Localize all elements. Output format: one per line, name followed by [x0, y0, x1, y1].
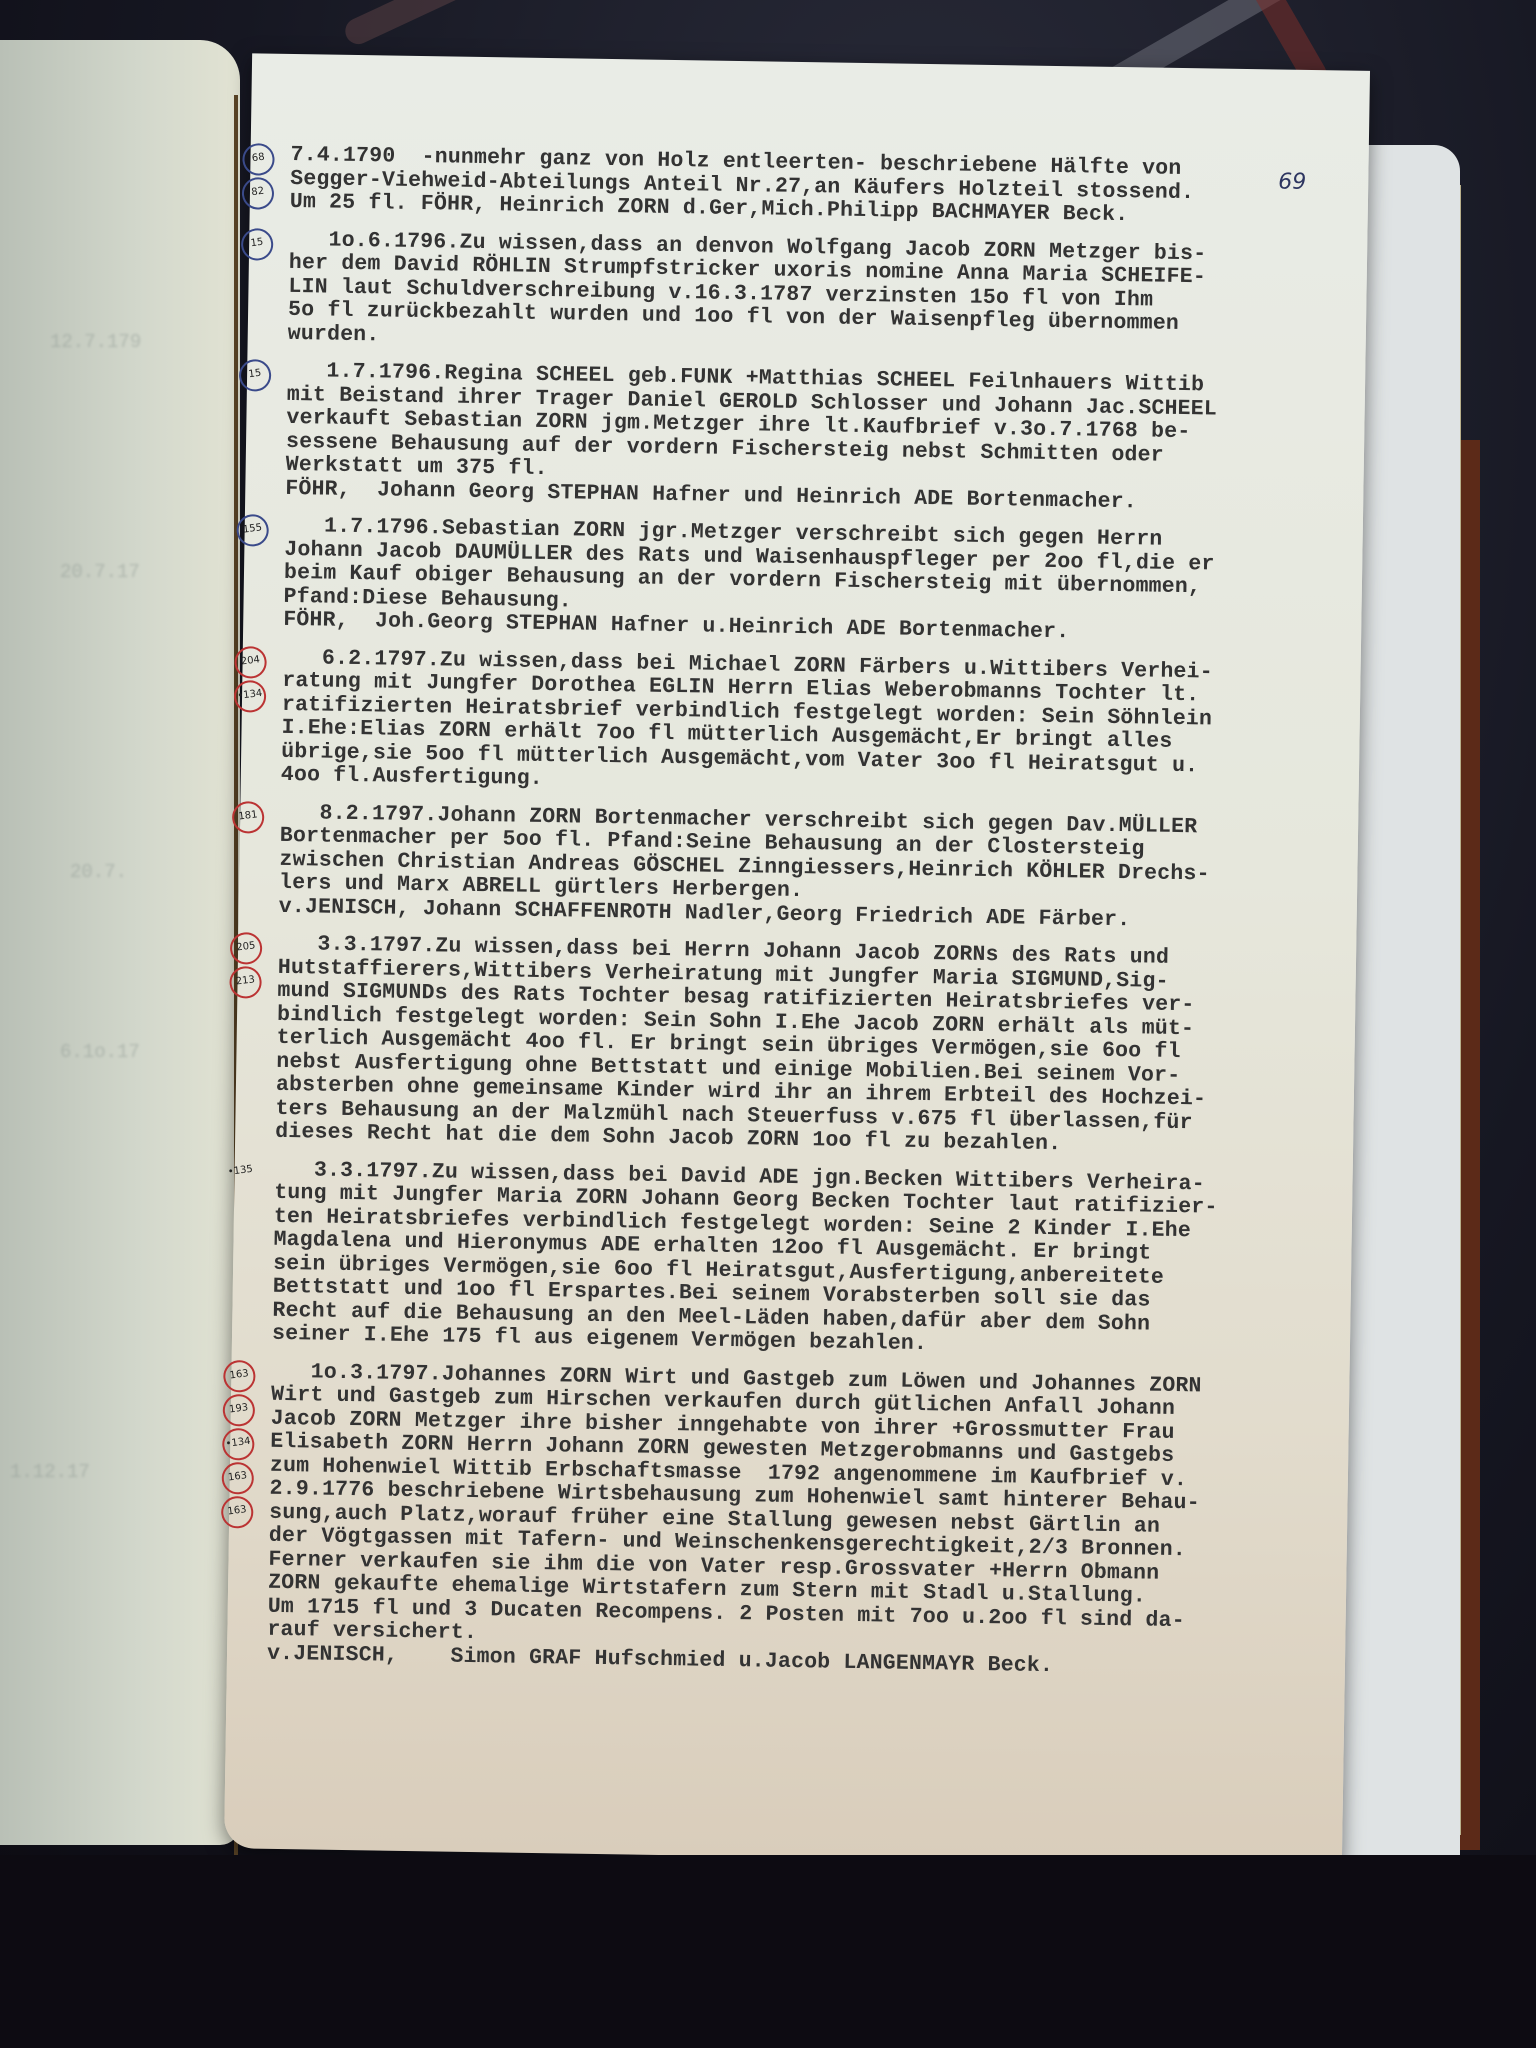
record-entry: 68827.4.1790 -nunmehr ganz von Holz entl…: [290, 144, 1351, 231]
record-entry: 204•134 6.2.1797.Zu wissen,dass bei Mich…: [281, 646, 1343, 804]
margin-annotations: 204•134: [234, 646, 279, 715]
circled-reference-number: •134: [220, 1426, 256, 1462]
record-entry: •135 3.3.1797.Zu wissen,dass bei David A…: [272, 1158, 1335, 1363]
left-page-fragment: 6.1o.17: [60, 1040, 240, 1064]
circled-reference-number: •135: [225, 1156, 256, 1187]
circled-reference-number: 213: [228, 964, 264, 1000]
circled-reference-number: 163: [220, 1460, 256, 1496]
table-surface: [0, 1855, 1536, 2048]
record-entry: 205213 3.3.1797.Zu wissen,dass bei Herrn…: [275, 933, 1338, 1161]
left-page: 20.7.17 12.7.179 6.1o.17 1.12.17 20.7.: [0, 40, 240, 1845]
circled-reference-number: 68: [241, 142, 277, 178]
carpet-pattern: [341, 0, 479, 48]
document-page: 69 68827.4.1790 -nunmehr ganz von Holz e…: [224, 53, 1370, 1865]
margin-annotations: 15: [239, 359, 284, 394]
circled-reference-number: 181: [230, 799, 266, 835]
record-entry: 181 8.2.1797.Johann ZORN Bortenmacher ve…: [279, 801, 1341, 935]
circled-reference-number: 163: [219, 1494, 255, 1530]
margin-annotations: 15: [241, 228, 286, 263]
left-page-fragment: 1.12.17: [10, 1460, 210, 1484]
margin-annotations: 163193•134163163: [221, 1360, 268, 1531]
circled-reference-number: 15: [239, 226, 275, 262]
record-entry: 155 1.7.1796.Sebastian ZORN jgr.Metzger …: [283, 515, 1345, 649]
left-page-fragment: 20.7.: [70, 860, 240, 884]
circled-reference-number: 163: [222, 1358, 258, 1394]
margin-annotations: 155: [236, 514, 281, 549]
record-entry: 15 1.7.1796.Regina SCHEEL geb.FUNK +Matt…: [285, 360, 1347, 518]
circled-reference-number: 155: [235, 513, 271, 549]
left-page-fragment: 12.7.179: [50, 330, 240, 354]
circled-reference-number: 15: [237, 358, 273, 394]
circled-reference-number: 204: [233, 644, 269, 680]
record-entry: 15 1o.6.1796.Zu wissen,dass an denvon Wo…: [288, 228, 1350, 362]
margin-annotations: 181: [232, 801, 277, 836]
margin-annotations: 205213: [229, 932, 274, 1001]
margin-annotations: •135: [226, 1158, 270, 1189]
circled-reference-number: 82: [240, 176, 276, 212]
circled-reference-number: •134: [232, 678, 268, 714]
margin-annotations: 6882: [242, 143, 287, 212]
entries-list: 68827.4.1790 -nunmehr ganz von Holz entl…: [267, 144, 1351, 1696]
left-page-fragment: 20.7.17: [60, 560, 240, 584]
circled-reference-number: 205: [228, 930, 264, 966]
circled-reference-number: 193: [221, 1392, 257, 1428]
record-entry: 163193•134163163 1o.3.1797.Johannes ZORN…: [267, 1360, 1332, 1682]
